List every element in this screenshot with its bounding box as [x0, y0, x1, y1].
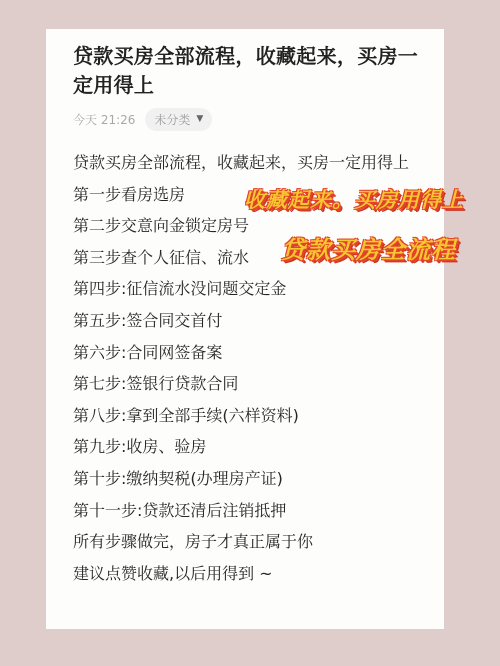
- closing-line: 建议点赞收藏,以后用得到 ~: [73, 558, 423, 590]
- timestamp: 今天 21:26: [73, 111, 135, 128]
- step-10: 第十步:缴纳契税(办理房产证): [73, 463, 423, 495]
- step-11: 第十一步:贷款还清后注销抵押: [73, 495, 423, 527]
- note-intro: 贷款买房全部流程，收藏起来，买房一定用得上: [73, 147, 423, 179]
- category-label: 未分类: [154, 111, 190, 128]
- step-9: 第九步:收房、验房: [73, 431, 423, 463]
- category-dropdown[interactable]: 未分类 ▼: [145, 108, 212, 131]
- sticker-save-tip: 收藏起来。买房用得上: [244, 184, 464, 214]
- step-5: 第五步:签合同交首付: [73, 305, 423, 337]
- step-6: 第六步:合同网签备案: [73, 337, 423, 369]
- note-card: 贷款买房全部流程，收藏起来，买房一定用得上 今天 21:26 未分类 ▼ 贷款买…: [46, 29, 444, 629]
- note-meta: 今天 21:26 未分类 ▼: [73, 107, 212, 131]
- summary-line: 所有步骤做完，房子才真正属于你: [73, 526, 423, 558]
- note-title: 贷款买房全部流程，收藏起来，买房一定用得上: [73, 42, 433, 100]
- caret-down-icon: ▼: [196, 114, 203, 124]
- step-8: 第八步:拿到全部手续(六样资料): [73, 400, 423, 432]
- step-7: 第七步:签银行贷款合同: [73, 368, 423, 400]
- step-4: 第四步:征信流水没问题交定金: [73, 273, 423, 305]
- sticker-full-process: 贷款买房全流程: [281, 230, 456, 265]
